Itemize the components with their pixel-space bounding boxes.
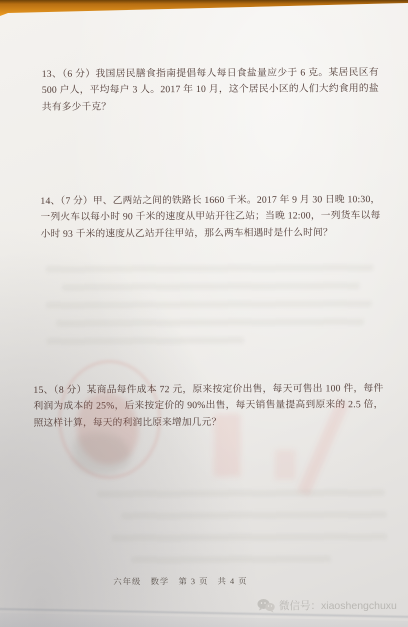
question-13: 13、（6 分）我国居民膳食指南提倡每人每日食盐量应少于 6 克。某居民区有 5… — [42, 65, 379, 117]
reverse-text-ghost — [111, 533, 387, 541]
reverse-text-ghost — [46, 300, 372, 309]
question-14: 14、（7 分）甲、乙两站之间的铁路长 1660 千米。2017 年 9 月 3… — [40, 192, 380, 244]
reverse-text-ghost — [46, 264, 374, 273]
stamp-bleedthrough-bar — [214, 414, 241, 477]
reverse-text-ghost — [121, 511, 387, 519]
wechat-watermark: 微信号：xiaoshengchuxu — [257, 598, 397, 613]
reverse-text-ghost — [46, 337, 244, 345]
paper-content: 13、（6 分）我国居民膳食指南提倡每人每日食盐量应少于 6 克。某居民区有 5… — [0, 0, 408, 627]
reverse-text-ghost — [131, 555, 331, 563]
exam-paper: 13、（6 分）我国居民膳食指南提倡每人每日食盐量应少于 6 克。某居民区有 5… — [0, 0, 408, 627]
reverse-text-ghost — [62, 282, 360, 291]
wechat-watermark-text: 微信号：xiaoshengchuxu — [279, 598, 397, 613]
reverse-text-ghost — [56, 318, 364, 327]
stamp-bleedthrough-bar — [275, 450, 296, 480]
wechat-icon — [257, 598, 275, 613]
reverse-text-ghost — [97, 489, 385, 498]
page-footer: 六年级 数学 第 3 页 共 4 页 — [113, 575, 247, 588]
